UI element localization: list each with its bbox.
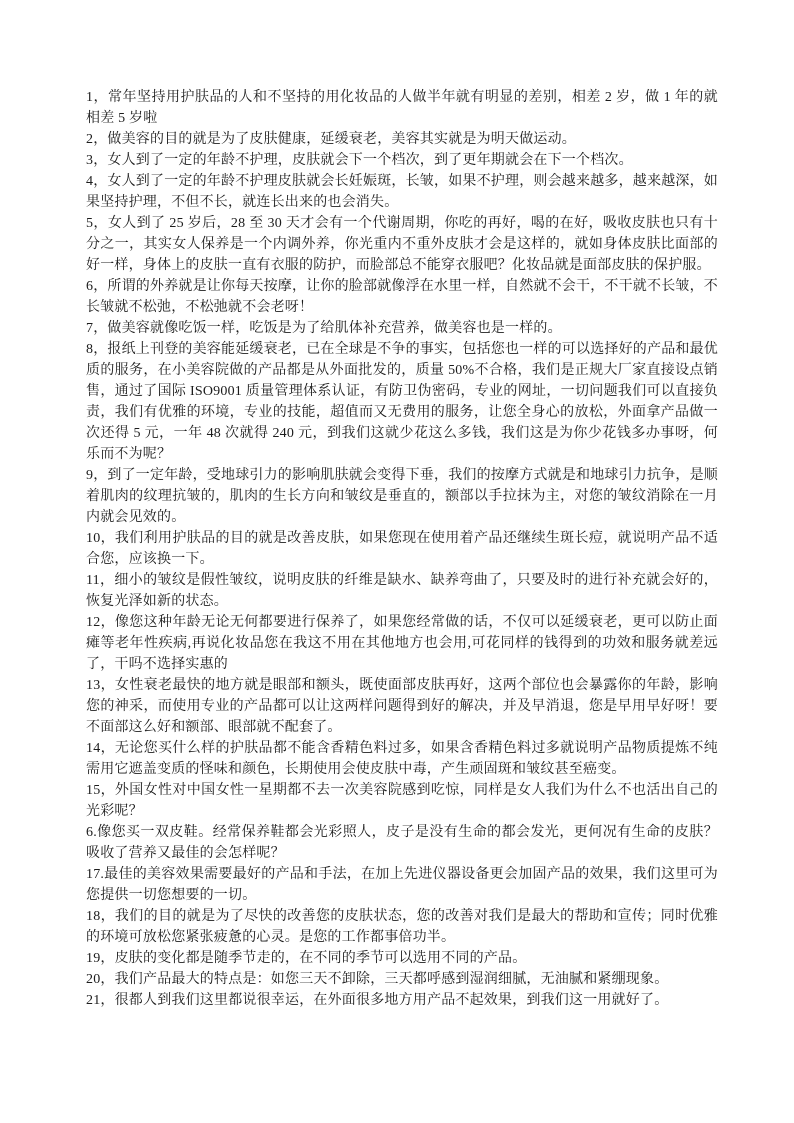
list-item-14: 14，无论您买什么样的护肤品都不能含香精色料过多，如果含香精色料过多就说明产品物… — [86, 738, 718, 780]
list-item-11: 11，细小的皱纹是假性皱纹，说明皮肤的纤维是缺水、缺养弯曲了，只要及时的进行补充… — [86, 570, 718, 612]
list-item-13: 13，女性衰老最快的地方就是眼部和额头，既使面部皮肤再好，这两个部位也会暴露你的… — [86, 675, 718, 738]
list-item-19: 19，皮肤的变化都是随季节走的，在不同的季节可以选用不同的产品。 — [86, 948, 718, 969]
list-item-16: 6.像您买一双皮鞋。经常保养鞋都会光彩照人，皮子是没有生命的都会发光，更何况有生… — [86, 822, 718, 864]
list-item-8: 8，报纸上刊登的美容能延缓衰老，已在全球是不争的事实，包括您也一样的可以选择好的… — [86, 339, 718, 465]
list-item-10: 10，我们利用护肤品的目的就是改善皮肤，如果您现在使用着产品还继续生斑长痘，就说… — [86, 528, 718, 570]
list-item-9: 9，到了一定年龄，受地球引力的影响肌肤就会变得下垂，我们的按摩方式就是和地球引力… — [86, 465, 718, 528]
numbered-list: 1，常年坚持用护肤品的人和不坚持的用化妆品的人做半年就有明显的差别，相差 2 岁… — [86, 87, 718, 1011]
list-item-15: 15，外国女性对中国女性一星期都不去一次美容院感到吃惊，同样是女人我们为什么不也… — [86, 780, 718, 822]
page-background: 1，常年坚持用护肤品的人和不坚持的用化妆品的人做半年就有明显的差别，相差 2 岁… — [0, 0, 794, 1123]
document-page: { "document": { "type": "numbered-list-p… — [0, 0, 794, 1123]
list-item-1: 1，常年坚持用护肤品的人和不坚持的用化妆品的人做半年就有明显的差别，相差 2 岁… — [86, 87, 718, 129]
list-item-18: 18，我们的目的就是为了尽快的改善您的皮肤状态，您的改善对我们是最大的帮助和宣传… — [86, 906, 718, 948]
list-item-6: 6，所谓的外养就是让你每天按摩，让你的脸部就像浮在水里一样，自然就不会干，不干就… — [86, 276, 718, 318]
list-item-7: 7，做美容就像吃饭一样，吃饭是为了给肌体补充营养，做美容也是一样的。 — [86, 318, 718, 339]
list-item-20: 20，我们产品最大的特点是：如您三天不卸除，三天都呼感到湿润细腻，无油腻和紧绷现… — [86, 969, 718, 990]
list-item-5: 5，女人到了 25 岁后，28 至 30 天才会有一个代谢周期，你吃的再好，喝的… — [86, 213, 718, 276]
list-item-21: 21，很都人到我们这里都说很幸运，在外面很多地方用产品不起效果，到我们这一用就好… — [86, 990, 718, 1011]
list-item-2: 2，做美容的目的就是为了皮肤健康，延缓衰老，美容其实就是为明天做运动。 — [86, 129, 718, 150]
list-item-17: 17.最佳的美容效果需要最好的产品和手法，在加上先进仪器设备更会加固产品的效果，… — [86, 864, 718, 906]
list-item-3: 3，女人到了一定的年龄不护理，皮肤就会下一个档次，到了更年期就会在下一个档次。 — [86, 150, 718, 171]
list-item-12: 12，像您这种年龄无论无何都要进行保养了，如果您经常做的话，不仅可以延缓衰老，更… — [86, 612, 718, 675]
list-item-4: 4，女人到了一定的年龄不护理皮肤就会长妊娠斑，长皱，如果不护理，则会越来越多，越… — [86, 171, 718, 213]
